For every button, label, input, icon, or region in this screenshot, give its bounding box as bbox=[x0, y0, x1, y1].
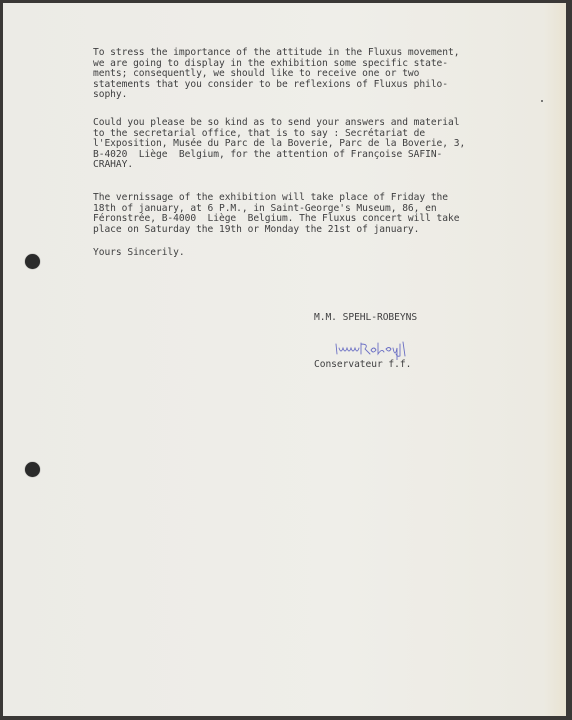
signatory-title: Conservateur f.f. bbox=[314, 360, 411, 371]
paragraph-secretarial-office: Could you please be so kind as to send y… bbox=[93, 118, 465, 171]
paragraph-fluxus-statements: To stress the importance of the attitude… bbox=[93, 48, 459, 101]
closing: Yours Sincerily. bbox=[93, 248, 185, 259]
ink-speck bbox=[541, 100, 543, 102]
letter-page: To stress the importance of the attitude… bbox=[3, 3, 566, 716]
punch-hole bbox=[25, 462, 40, 477]
punch-hole bbox=[25, 254, 40, 269]
handwritten-signature bbox=[333, 338, 415, 360]
paragraph-vernissage: The vernissage of the exhibition will ta… bbox=[93, 193, 459, 235]
signatory-name: M.M. SPEHL-ROBEYNS bbox=[314, 313, 417, 324]
